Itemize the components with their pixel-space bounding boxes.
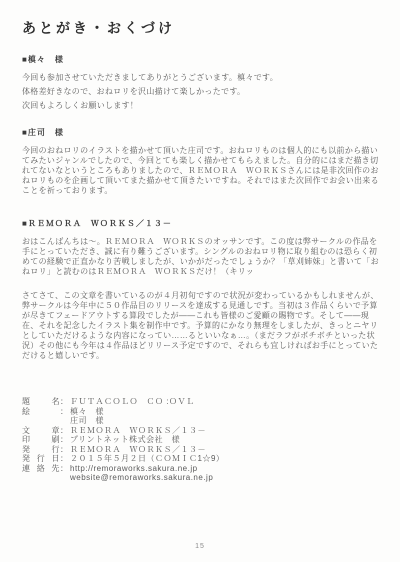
colophon-row-text: 文 章：ＲＥＭＯＲＡ ＷＯＲＫＳ／１３－ — [22, 426, 384, 436]
section-paragraph: さてさて、この文章を書いているのが４月初旬ですので状況が変わっているかもしれませ… — [22, 291, 384, 361]
colophon-value: プリントネット株式会社 様 — [70, 435, 180, 444]
section-heading: ■槙々 様 — [22, 54, 384, 65]
afterword-section-shoji: ■庄司 様 今回のおねロリのイラストを描かせて頂いた庄司です。おねロリものは個人… — [22, 127, 384, 196]
colophon-label: 発行日 — [22, 454, 60, 464]
section-text-line: 今回も参加させていただきましてありがとうございます。槙々です。 — [22, 73, 384, 83]
colophon-label: 連絡先 — [22, 464, 60, 474]
section-text-line: 次回もよろしくお願いします！ — [22, 101, 384, 111]
colophon-value: ２０１５年５月２日（ＣＯＭＩＣ1☆9） — [70, 454, 224, 463]
document-page: あとがき・おくづけ ■槙々 様 今回も参加させていただきましてありがとうございま… — [0, 0, 400, 562]
colophon-value: 庄司 様 — [70, 416, 104, 425]
colophon-row-title: 題 名：ＦＵＴＡＣＯＬＯ ＣＯ :ＯＶＬ — [22, 397, 384, 407]
colophon-label: 題 名 — [22, 397, 60, 407]
colophon-separator: ： — [60, 426, 70, 436]
colophon-row-publisher: 発 行：ＲＥＭＯＲＡ ＷＯＲＫＳ／１３－ — [22, 445, 384, 455]
contact-email: website@remoraworks.sakura.ne.jp — [70, 473, 213, 482]
colophon-row-contact-url: 連絡先：http://remoraworks.sakura.ne.jp — [22, 464, 384, 474]
afterword-section-makimaki: ■槙々 様 今回も参加させていただきましてありがとうございます。槙々です。 体格… — [22, 54, 384, 111]
page-title: あとがき・おくづけ — [22, 18, 384, 38]
contact-url: http://remoraworks.sakura.ne.jp — [70, 464, 198, 473]
colophon-label: 絵 — [22, 407, 60, 417]
colophon-separator: ： — [60, 435, 70, 445]
section-paragraph: 今回のおねロリのイラストを描かせて頂いた庄司です。おねロリものは個人的にも以前か… — [22, 146, 384, 196]
section-heading: ■ＲＥＭＯＲＡ ＷＯＲＫＳ／１３－ — [22, 218, 384, 229]
colophon-separator: ： — [60, 445, 70, 455]
colophon-label: 印 刷 — [22, 435, 60, 445]
colophon-value: 槙々 様 — [70, 407, 104, 416]
colophon-separator: ： — [60, 464, 70, 474]
colophon-label: 文 章 — [22, 426, 60, 436]
colophon-label: 発 行 — [22, 445, 60, 455]
paragraph-spacer — [22, 281, 384, 291]
colophon-row-artist-cont: 庄司 様 — [22, 416, 384, 426]
colophon-row-pubdate: 発行日：２０１５年５月２日（ＣＯＭＩＣ1☆9） — [22, 454, 384, 464]
section-paragraph: おはこんばんちは～。ＲＥＭＯＲＡ ＷＯＲＫＳのオッサンです。この度は弊サークルの… — [22, 237, 384, 277]
colophon-row-printer: 印 刷：プリントネット株式会社 様 — [22, 435, 384, 445]
colophon-separator: ： — [60, 397, 70, 407]
colophon-separator: ： — [60, 454, 70, 464]
page-number: 15 — [0, 543, 400, 550]
colophon-value: ＲＥＭＯＲＡ ＷＯＲＫＳ／１３－ — [70, 426, 206, 435]
colophon-row-contact-email: website@remoraworks.sakura.ne.jp — [22, 473, 384, 483]
colophon-block: 題 名：ＦＵＴＡＣＯＬＯ ＣＯ :ＯＶＬ 絵 ：槙々 様 庄司 様 文 章：ＲＥ… — [22, 397, 384, 483]
colophon-separator: ： — [60, 407, 70, 417]
colophon-row-artist: 絵 ：槙々 様 — [22, 407, 384, 417]
afterword-section-remora-works: ■ＲＥＭＯＲＡ ＷＯＲＫＳ／１３－ おはこんばんちは～。ＲＥＭＯＲＡ ＷＯＲＫＳ… — [22, 218, 384, 361]
section-heading: ■庄司 様 — [22, 127, 384, 138]
section-text-line: 体格差好きなので、おねロリを沢山描けて楽しかったです。 — [22, 87, 384, 97]
colophon-value: ＦＵＴＡＣＯＬＯ ＣＯ :ＯＶＬ — [70, 397, 194, 406]
colophon-value: ＲＥＭＯＲＡ ＷＯＲＫＳ／１３－ — [70, 445, 206, 454]
